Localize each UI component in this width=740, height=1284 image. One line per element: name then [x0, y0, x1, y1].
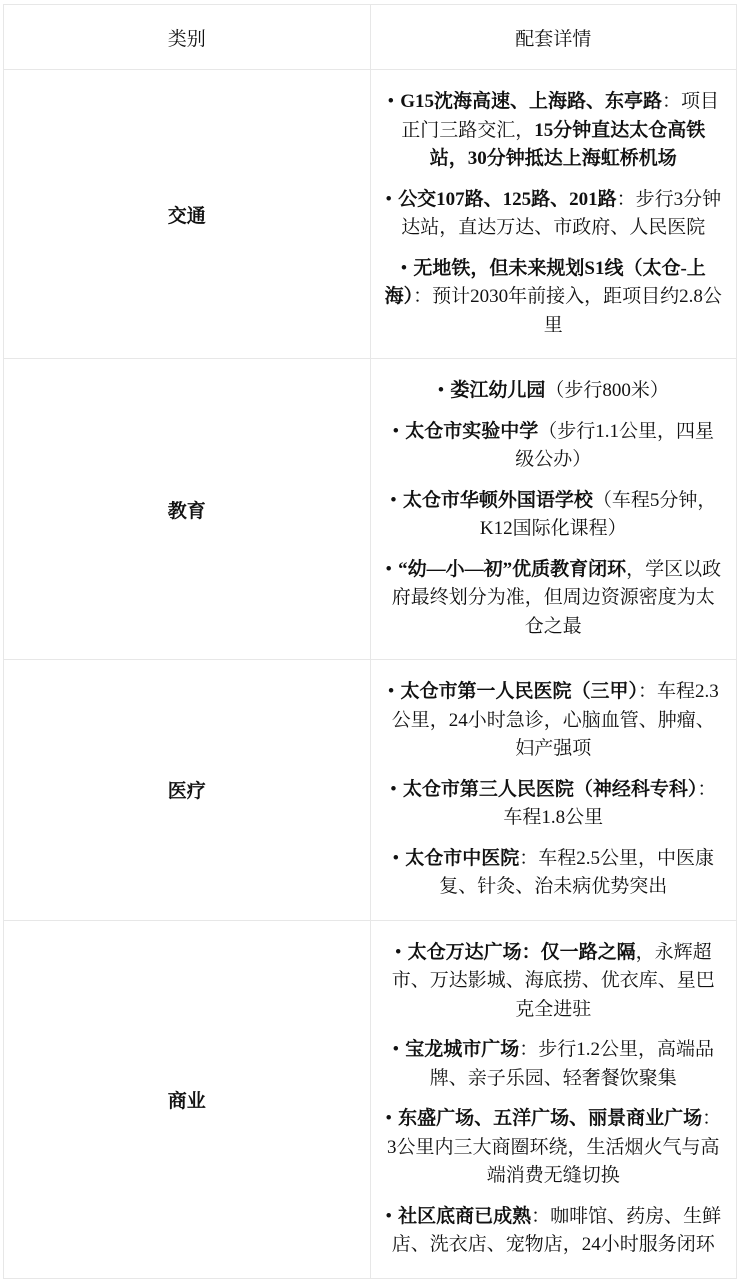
- category-cell: 教育: [4, 359, 371, 660]
- bullet-marker: •: [392, 421, 399, 442]
- detail-highlight: “幼—小—初”优质教育闭环: [398, 559, 626, 580]
- table-row: 商业•太仓万达广场：仅一路之隔，永辉超市、万达影城、海底捞、优衣库、星巴克全进驻…: [4, 920, 737, 1278]
- bullet-marker: •: [438, 380, 445, 401]
- bullet-marker: •: [390, 490, 397, 511]
- category-cell: 商业: [4, 920, 371, 1278]
- detail-highlight: 公交107路、125路、201路: [398, 189, 617, 210]
- detail-highlight: 太仓市实验中学: [405, 421, 538, 442]
- detail-item: •太仓市第三人民医院（神经科专科）：车程1.8公里: [384, 776, 724, 833]
- detail-highlight: 太仓市中医院: [405, 848, 519, 869]
- table-row: 教育•娄江幼儿园（步行800米）•太仓市实验中学（步行1.1公里，四星级公办）•…: [4, 359, 737, 660]
- detail-item: •太仓市中医院：车程2.5公里，中医康复、针灸、治未病优势突出: [384, 845, 724, 902]
- details-cell: •太仓万达广场：仅一路之隔，永辉超市、万达影城、海底捞、优衣库、星巴克全进驻•宝…: [370, 920, 737, 1278]
- detail-highlight: 太仓万达广场：仅一路之隔: [408, 942, 636, 963]
- detail-text: ：预计2030年前接入，距项目约2.8公里: [413, 286, 722, 336]
- detail-item: •“幼—小—初”优质教育闭环，学区以政府最终划分为准，但周边资源密度为太仓之最: [384, 556, 724, 642]
- detail-highlight: 东盛广场、五洋广场、丽景商业广场: [398, 1108, 702, 1129]
- header-row: 类别 配套详情: [4, 5, 737, 70]
- detail-highlight: 太仓市第三人民医院（神经科专科）: [403, 779, 698, 800]
- detail-item: •太仓万达广场：仅一路之隔，永辉超市、万达影城、海底捞、优衣库、星巴克全进驻: [384, 939, 724, 1025]
- detail-item: •东盛广场、五洋广场、丽景商业广场：3公里内三大商圈环绕，生活烟火气与高端消费无…: [384, 1105, 724, 1191]
- detail-item: •社区底商已成熟：咖啡馆、药房、生鲜店、洗衣店、宠物店，24小时服务闭环: [384, 1203, 724, 1260]
- bullet-marker: •: [392, 848, 399, 869]
- bullet-marker: •: [387, 91, 394, 112]
- detail-highlight: 娄江幼儿园: [450, 380, 545, 401]
- column-header-category: 类别: [4, 5, 371, 70]
- bullet-marker: •: [395, 942, 402, 963]
- bullet-marker: •: [385, 1108, 392, 1129]
- category-cell: 医疗: [4, 660, 371, 921]
- detail-highlight: G15沈海高速、上海路、东亭路: [400, 91, 662, 112]
- detail-highlight: 太仓市第一人民医院（三甲）: [400, 681, 638, 702]
- detail-text: （步行800米）: [545, 380, 669, 401]
- detail-item: •G15沈海高速、上海路、东亭路：项目正门三路交汇，15分钟直达太仓高铁站，30…: [384, 88, 724, 174]
- details-cell: •娄江幼儿园（步行800米）•太仓市实验中学（步行1.1公里，四星级公办）•太仓…: [370, 359, 737, 660]
- detail-item: •太仓市实验中学（步行1.1公里，四星级公办）: [384, 418, 724, 475]
- table-row: 交通•G15沈海高速、上海路、东亭路：项目正门三路交汇，15分钟直达太仓高铁站，…: [4, 70, 737, 359]
- table-row: 医疗•太仓市第一人民医院（三甲）：车程2.3公里，24小时急诊，心脑血管、肿瘤、…: [4, 660, 737, 921]
- details-cell: •太仓市第一人民医院（三甲）：车程2.3公里，24小时急诊，心脑血管、肿瘤、妇产…: [370, 660, 737, 921]
- detail-item: •娄江幼儿园（步行800米）: [384, 377, 724, 406]
- page-body: 类别 配套详情 交通•G15沈海高速、上海路、东亭路：项目正门三路交汇，15分钟…: [0, 0, 740, 1284]
- bullet-marker: •: [385, 559, 392, 580]
- bullet-marker: •: [401, 258, 408, 279]
- details-cell: •G15沈海高速、上海路、东亭路：项目正门三路交汇，15分钟直达太仓高铁站，30…: [370, 70, 737, 359]
- detail-item: •宝龙城市广场：步行1.2公里，高端品牌、亲子乐园、轻奢餐饮聚集: [384, 1036, 724, 1093]
- detail-highlight: 社区底商已成熟: [398, 1206, 531, 1227]
- bullet-marker: •: [392, 1039, 399, 1060]
- detail-highlight: 宝龙城市广场: [405, 1039, 519, 1060]
- bullet-marker: •: [390, 779, 397, 800]
- detail-item: •太仓市第一人民医院（三甲）：车程2.3公里，24小时急诊，心脑血管、肿瘤、妇产…: [384, 678, 724, 764]
- bullet-marker: •: [385, 1206, 392, 1227]
- amenities-table: 类别 配套详情 交通•G15沈海高速、上海路、东亭路：项目正门三路交汇，15分钟…: [3, 4, 737, 1279]
- detail-item: •公交107路、125路、201路：步行3分钟达站，直达万达、市政府、人民医院: [384, 186, 724, 243]
- detail-text: （步行1.1公里，四星级公办）: [515, 421, 714, 471]
- detail-highlight: 太仓市华顿外国语学校: [403, 490, 593, 511]
- bullet-marker: •: [385, 189, 392, 210]
- category-cell: 交通: [4, 70, 371, 359]
- detail-item: •太仓市华顿外国语学校（车程5分钟，K12国际化课程）: [384, 487, 724, 544]
- detail-item: •无地铁，但未来规划S1线（太仓-上海）：预计2030年前接入，距项目约2.8公…: [384, 255, 724, 341]
- bullet-marker: •: [388, 681, 395, 702]
- column-header-details: 配套详情: [370, 5, 737, 70]
